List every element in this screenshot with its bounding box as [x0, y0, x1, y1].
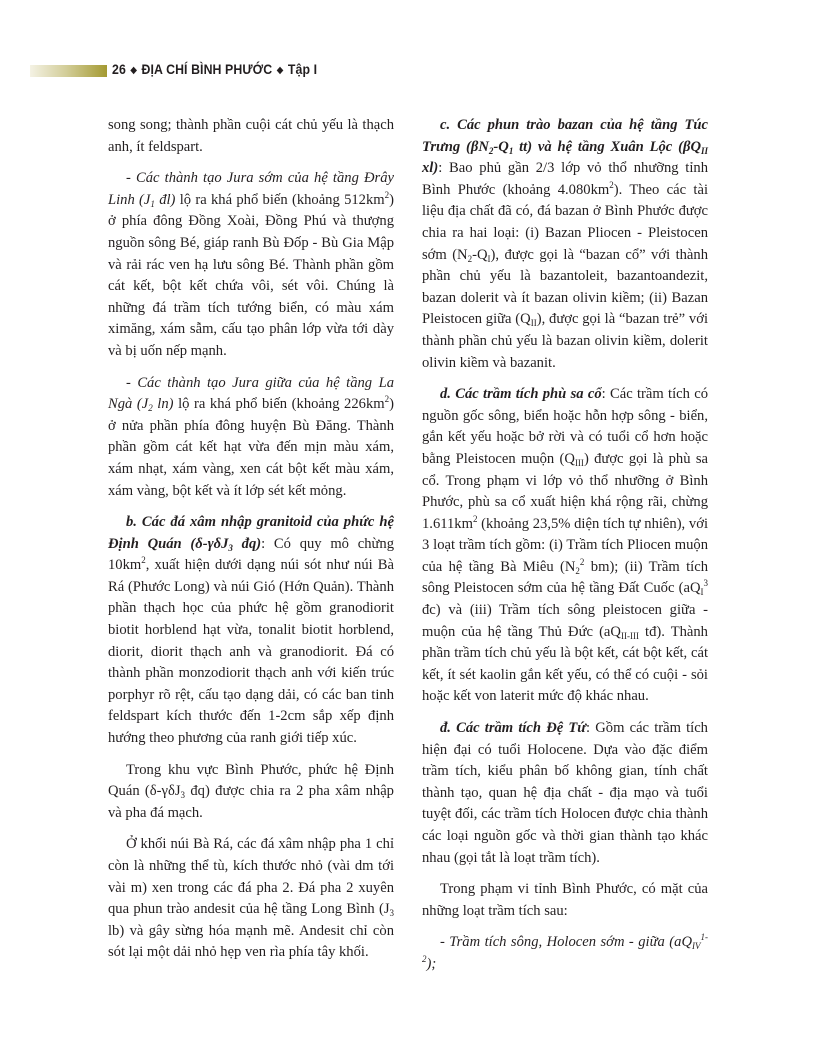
diamond-separator-icon: ◆: [277, 65, 284, 76]
header-decorative-bar: [30, 65, 107, 77]
section-heading-d: d. Các trầm tích phù sa cổ: [440, 386, 602, 402]
paragraph-section-c: c. Các phun trào bazan của hệ tầng Túc T…: [422, 115, 708, 374]
left-column: song song; thành phần cuội cát chủ yếu l…: [108, 115, 394, 974]
page-number: 26: [112, 61, 126, 77]
paragraph-continuation: song song; thành phần cuội cát chủ yếu l…: [108, 115, 394, 158]
volume-label: Tập I: [288, 61, 317, 77]
list-item-sediment: - Trầm tích sông, Holocen sớm - giữa (aQ…: [422, 932, 708, 975]
paragraph-section-d: d. Các trầm tích phù sa cổ: Các trầm tíc…: [422, 384, 708, 708]
diamond-separator-icon: ◆: [130, 65, 137, 76]
paragraph-jura-middle: - Các thành tạo Jura giữa của hệ tầng La…: [108, 373, 394, 503]
section-heading-dd: đ. Các trầm tích Đệ Tứ: [440, 720, 586, 736]
running-header: 26◆ĐỊA CHÍ BÌNH PHƯỚC◆Tập I: [0, 60, 816, 84]
paragraph-ba-ra: Ở khối núi Bà Rá, các đá xâm nhập pha 1 …: [108, 834, 394, 964]
header-text: 26◆ĐỊA CHÍ BÌNH PHƯỚC◆Tập I: [112, 61, 317, 77]
italic-list-text: - Trầm tích sông, Holocen sớm - giữa (aQ…: [422, 934, 708, 972]
book-title: ĐỊA CHÍ BÌNH PHƯỚC: [142, 61, 273, 77]
paragraph-sediment-intro: Trong phạm vi tỉnh Bình Phước, có mặt củ…: [422, 879, 708, 922]
paragraph-section-b: b. Các đá xâm nhập granitoid của phức hệ…: [108, 512, 394, 750]
paragraph-dinh-quan-phases: Trong khu vực Bình Phước, phức hệ Định Q…: [108, 760, 394, 825]
paragraph-section-dd: đ. Các trầm tích Đệ Tứ: Gồm các trầm tíc…: [422, 718, 708, 869]
paragraph-jura-early: - Các thành tạo Jura sớm của hệ tầng Đrâ…: [108, 168, 394, 362]
right-column: c. Các phun trào bazan của hệ tầng Túc T…: [422, 115, 708, 986]
